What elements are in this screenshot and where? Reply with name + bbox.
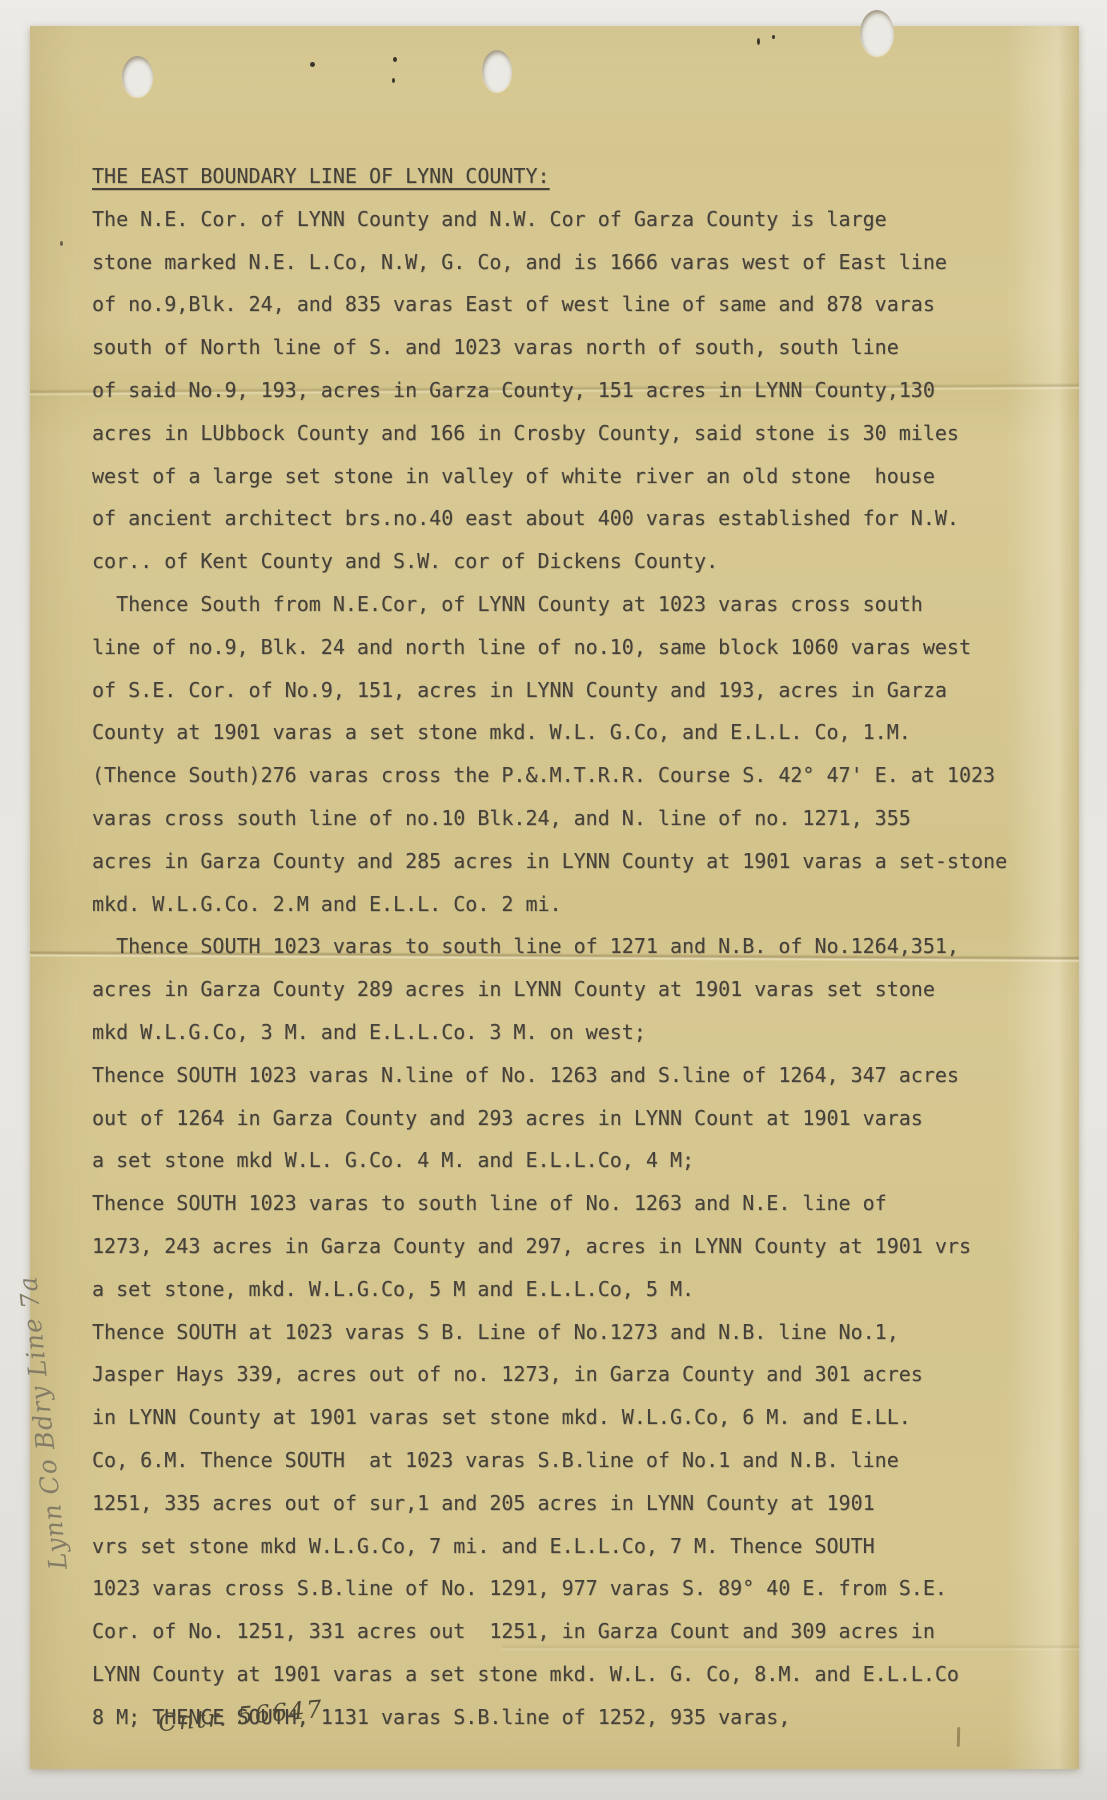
typed-line: of S.E. Cor. of No.9, 151, acres in LYNN…: [92, 669, 1052, 712]
typed-line: cor.. of Kent County and S.W. cor of Dic…: [92, 540, 1052, 583]
typed-line: vrs set stone mkd W.L.G.Co, 7 mi. and E.…: [92, 1525, 1052, 1568]
paper-speck: [393, 57, 397, 62]
typed-line: varas cross south line of no.10 Blk.24, …: [92, 797, 1052, 840]
pen-mark: [957, 1727, 961, 1747]
paper-speck: [772, 35, 775, 39]
typed-line: 1251, 335 acres out of sur,1 and 205 acr…: [92, 1482, 1052, 1525]
typed-line: of said No.9, 193, acres in Garza County…: [92, 369, 1052, 412]
punch-hole: [860, 10, 894, 56]
typed-line: a set stone, mkd. W.L.G.Co, 5 M and E.L.…: [92, 1268, 1052, 1311]
document-page: THE EAST BOUNDARY LINE OF LYNN COUNTY: T…: [30, 26, 1079, 1769]
typed-line: Thence SOUTH 1023 varas N.line of No. 12…: [92, 1054, 1052, 1097]
typed-line: Thence South from N.E.Cor, of LYNN Count…: [92, 583, 1052, 626]
typed-line: in LYNN County at 1901 varas set stone m…: [92, 1396, 1052, 1439]
typed-line: Thence SOUTH 1023 varas to south line of…: [92, 925, 1052, 968]
typed-line: south of North line of S. and 1023 varas…: [92, 326, 1052, 369]
typed-line: acres in LUbbock County and 166 in Crosb…: [92, 412, 1052, 455]
typed-line: The N.E. Cor. of LYNN County and N.W. Co…: [92, 198, 1052, 241]
paper-speck: [392, 78, 395, 83]
paper-speck: [310, 62, 315, 67]
punch-hole: [122, 56, 153, 97]
typed-line: Cor. of No. 1251, 331 acres out 1251, in…: [92, 1610, 1052, 1653]
typed-line: Co, 6.M. Thence SOUTH at 1023 varas S.B.…: [92, 1439, 1052, 1482]
typed-line: mkd. W.L.G.Co. 2.M and E.L.L. Co. 2 mi.: [92, 883, 1052, 926]
typed-line: Jasper Hays 339, acres out of no. 1273, …: [92, 1353, 1052, 1396]
margin-note: Lynn Co Bdry Line 7a: [13, 1274, 73, 1571]
typed-line: (Thence South)276 varas cross the P.&.M.…: [92, 754, 1052, 797]
typed-text: THE EAST BOUNDARY LINE OF LYNN COUNTY: T…: [92, 155, 1052, 1738]
typed-line: Thence SOUTH at 1023 varas S B. Line of …: [92, 1311, 1052, 1354]
typed-line: line of no.9, Blk. 24 and north line of …: [92, 626, 1052, 669]
punch-hole: [482, 50, 512, 92]
typed-line: 1023 varas cross S.B.line of No. 1291, 9…: [92, 1567, 1052, 1610]
typed-line: acres in Garza County and 285 acres in L…: [92, 840, 1052, 883]
typed-line: stone marked N.E. L.Co, N.W, G. Co, and …: [92, 241, 1052, 284]
typed-line: Thence SOUTH 1023 varas to south line of…: [92, 1182, 1052, 1225]
typed-line: of ancient architect brs.no.40 east abou…: [92, 497, 1052, 540]
typed-line: west of a large set stone in valley of w…: [92, 455, 1052, 498]
typed-line: LYNN County at 1901 varas a set stone mk…: [92, 1653, 1052, 1696]
typed-line: acres in Garza County 289 acres in LYNN …: [92, 968, 1052, 1011]
document-title: THE EAST BOUNDARY LINE OF LYNN COUNTY:: [92, 155, 1052, 198]
typed-line: mkd W.L.G.Co, 3 M. and E.L.L.Co. 3 M. on…: [92, 1011, 1052, 1054]
typed-line: of no.9,Blk. 24, and 835 varas East of w…: [92, 283, 1052, 326]
typed-line: a set stone mkd W.L. G.Co. 4 M. and E.L.…: [92, 1139, 1052, 1182]
paper-speck: [60, 241, 63, 246]
typed-line: out of 1264 in Garza County and 293 acre…: [92, 1097, 1052, 1140]
typed-lines: The N.E. Cor. of LYNN County and N.W. Co…: [92, 198, 1052, 1739]
typed-line: County at 1901 varas a set stone mkd. W.…: [92, 711, 1052, 754]
typed-line: 1273, 243 acres in Garza County and 297,…: [92, 1225, 1052, 1268]
paper-speck: [757, 38, 760, 45]
